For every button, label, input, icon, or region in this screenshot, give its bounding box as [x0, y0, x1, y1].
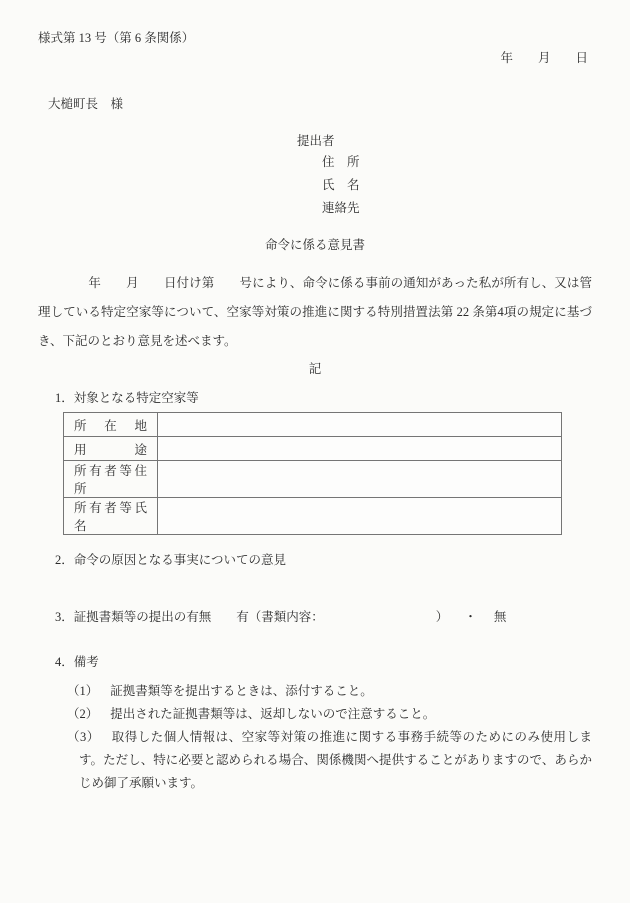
section4-heading: 4．備考: [55, 655, 592, 669]
note-number-3: （3）: [67, 730, 100, 744]
table-row-owner-name: 所有者等氏名: [64, 498, 562, 535]
body-paragraph: 年 月 日付け第 号により、命令に係る事前の通知があった私が所有し、又は管理して…: [38, 269, 592, 356]
section3-line: 3．証拠書類等の提出の有無 有（書類内容： ） ・ 無: [55, 610, 592, 624]
table-row-owner-address: 所有者等住所: [64, 461, 562, 498]
form-number: 様式第 13 号（第 6 条関係）: [38, 31, 592, 45]
table-row-location: 所在地: [64, 413, 562, 437]
row-label-location: 所在地: [64, 413, 158, 437]
submitter-label: 提出者: [297, 134, 592, 148]
submitter-field-address: 住所: [322, 151, 360, 174]
row-value-location[interactable]: [158, 413, 562, 437]
document-page: 様式第 13 号（第 6 条関係） 年 月 日 大槌町長 様 提出者 住所 氏名…: [0, 0, 630, 903]
note-text-2: 提出された証拠書類等は、返却しないので注意すること。: [110, 707, 435, 721]
note-text-3: 取得した個人情報は、空家等対策の推進に関する事務手続等のためにのみ使用します。た…: [79, 730, 592, 790]
section3-heading: 3．証拠書類等の提出の有無: [55, 610, 211, 624]
evidence-yes-option[interactable]: 有（書類内容：: [236, 610, 324, 624]
note-number-1: （1）: [67, 684, 98, 698]
note-text-1: 証拠書類等を提出するときは、添付すること。: [110, 684, 373, 698]
row-value-owner-name[interactable]: [158, 498, 562, 535]
submitter-field-contact: 連絡先: [322, 197, 360, 220]
addressee: 大槌町長 様: [48, 97, 592, 111]
row-value-owner-address[interactable]: [158, 461, 562, 498]
note-item-1: （1）証拠書類等を提出するときは、添付すること。: [55, 680, 592, 703]
evidence-separator-dot: ・: [464, 610, 477, 624]
row-label-owner-address: 所有者等住所: [64, 461, 158, 498]
evidence-no-option[interactable]: 無: [494, 610, 507, 624]
document-title: 命令に係る意見書: [38, 238, 592, 252]
row-label-use: 用途: [64, 437, 158, 461]
row-value-use[interactable]: [158, 437, 562, 461]
submitter-field-name: 氏名: [322, 174, 360, 197]
table-row-use: 用途: [64, 437, 562, 461]
date-line: 年 月 日: [38, 51, 592, 65]
row-label-owner-name: 所有者等氏名: [64, 498, 158, 535]
section1-heading: 1．対象となる特定空家等: [55, 391, 592, 405]
submitter-fields: 住所 氏名 連絡先: [322, 151, 592, 220]
property-table: 所在地 用途 所有者等住所 所有者等氏名: [63, 412, 562, 535]
note-number-2: （2）: [67, 707, 98, 721]
record-marker: 記: [38, 362, 592, 376]
notes-list: （1）証拠書類等を提出するときは、添付すること。 （2）提出された証拠書類等は、…: [38, 680, 592, 795]
note-item-3: （3）取得した個人情報は、空家等対策の推進に関する事務手続等のためにのみ使用しま…: [55, 726, 592, 795]
section2-heading: 2．命令の原因となる事実についての意見: [55, 553, 592, 567]
evidence-paren-close: ）: [436, 610, 449, 624]
note-item-2: （2）提出された証拠書類等は、返却しないので注意すること。: [55, 703, 592, 726]
